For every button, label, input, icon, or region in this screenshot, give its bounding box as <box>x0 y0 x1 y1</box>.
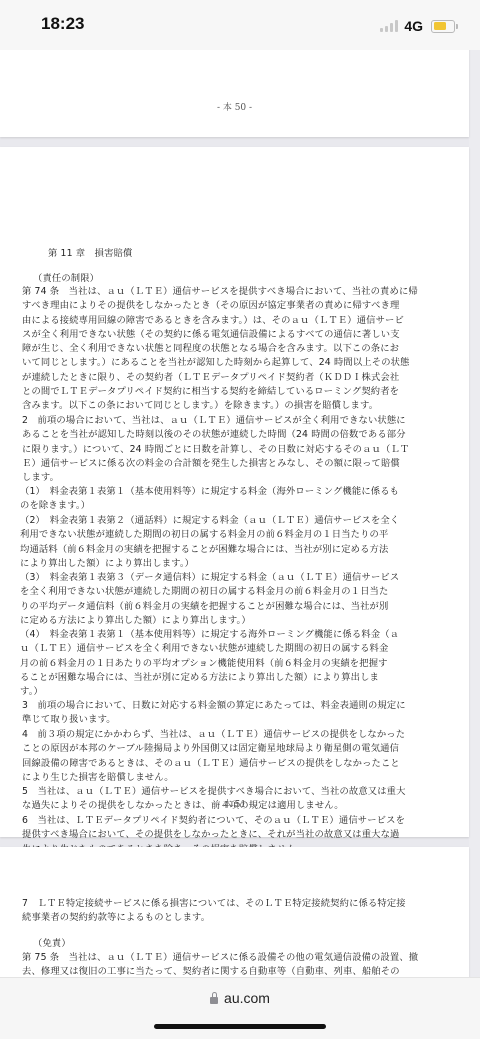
paragraph-2: 2 前項の場合において、当社は、ａｕ（ＬＴＥ）通信サービスが全く利用できない状態… <box>22 414 447 485</box>
item-3: （3） 料金表第１表第３（データ通信料）に規定する料金（ａｕ（ＬＴＥ）通信サービ… <box>20 571 456 628</box>
item-1: （1） 料金表第１表第１（基本使用料等）に規定する料金（海外ローミング機能に係る… <box>20 485 456 514</box>
chapter-title: 第 11 章 損害賠償 <box>48 247 132 261</box>
paragraph-7: 7 ＬＴＥ特定接続サービスに係る損害については、そのＬＴＥ特定接続契約に係る特定… <box>22 897 447 926</box>
url-text: au.com <box>224 990 270 1006</box>
browser-bottom-bar: au.com <box>0 977 480 1039</box>
status-indicators: 4G <box>380 18 455 34</box>
pdf-page-51: 第 11 章 損害賠償 （責任の制限） 第 74 条 当社は、ａｕ（ＬＴＥ）通信… <box>0 147 469 837</box>
paragraph-3: 3 前項の場合において、日数に対応する料金額の算定にあたっては、料金表通則の規定… <box>22 699 447 728</box>
cellular-signal-icon <box>380 20 398 32</box>
network-type: 4G <box>404 18 423 34</box>
pdf-viewer[interactable]: - 本 50 - 第 11 章 損害賠償 （責任の制限） 第 74 条 当社は、… <box>0 50 480 990</box>
battery-icon <box>431 20 455 33</box>
item-2: （2） 料金表第１表第２（通話料）に規定する料金（ａｕ（ＬＴＥ）通信サービスを全… <box>20 514 456 571</box>
section-caption: （免責） <box>33 937 71 951</box>
page-number: - 本 50 - <box>0 100 469 113</box>
pdf-page-52: 7 ＬＴＥ特定接続サービスに係る損害については、そのＬＴＥ特定接続契約に係る特定… <box>0 847 469 990</box>
paragraph-4: 4 前３項の規定にかかわらず、当社は、ａｕ（ＬＴＥ）通信サービスの提供をしなかっ… <box>22 728 447 785</box>
pdf-page-50: - 本 50 - <box>0 50 469 137</box>
status-time: 18:23 <box>41 14 84 34</box>
address-bar[interactable]: au.com <box>0 990 480 1006</box>
article-74: 第 74 条 当社は、ａｕ（ＬＴＥ）通信サービスを提供すべき場合において、当社の… <box>22 285 449 414</box>
scroll-track[interactable] <box>469 50 480 990</box>
item-4: （4） 料金表第１表第１（基本使用料等）に規定する海外ローミング機能に係る料金（… <box>20 628 456 699</box>
status-bar: 18:23 4G <box>0 0 480 50</box>
home-indicator[interactable] <box>154 1024 326 1029</box>
lock-icon <box>210 997 218 1004</box>
page-number: - 本 51 - <box>0 797 469 810</box>
